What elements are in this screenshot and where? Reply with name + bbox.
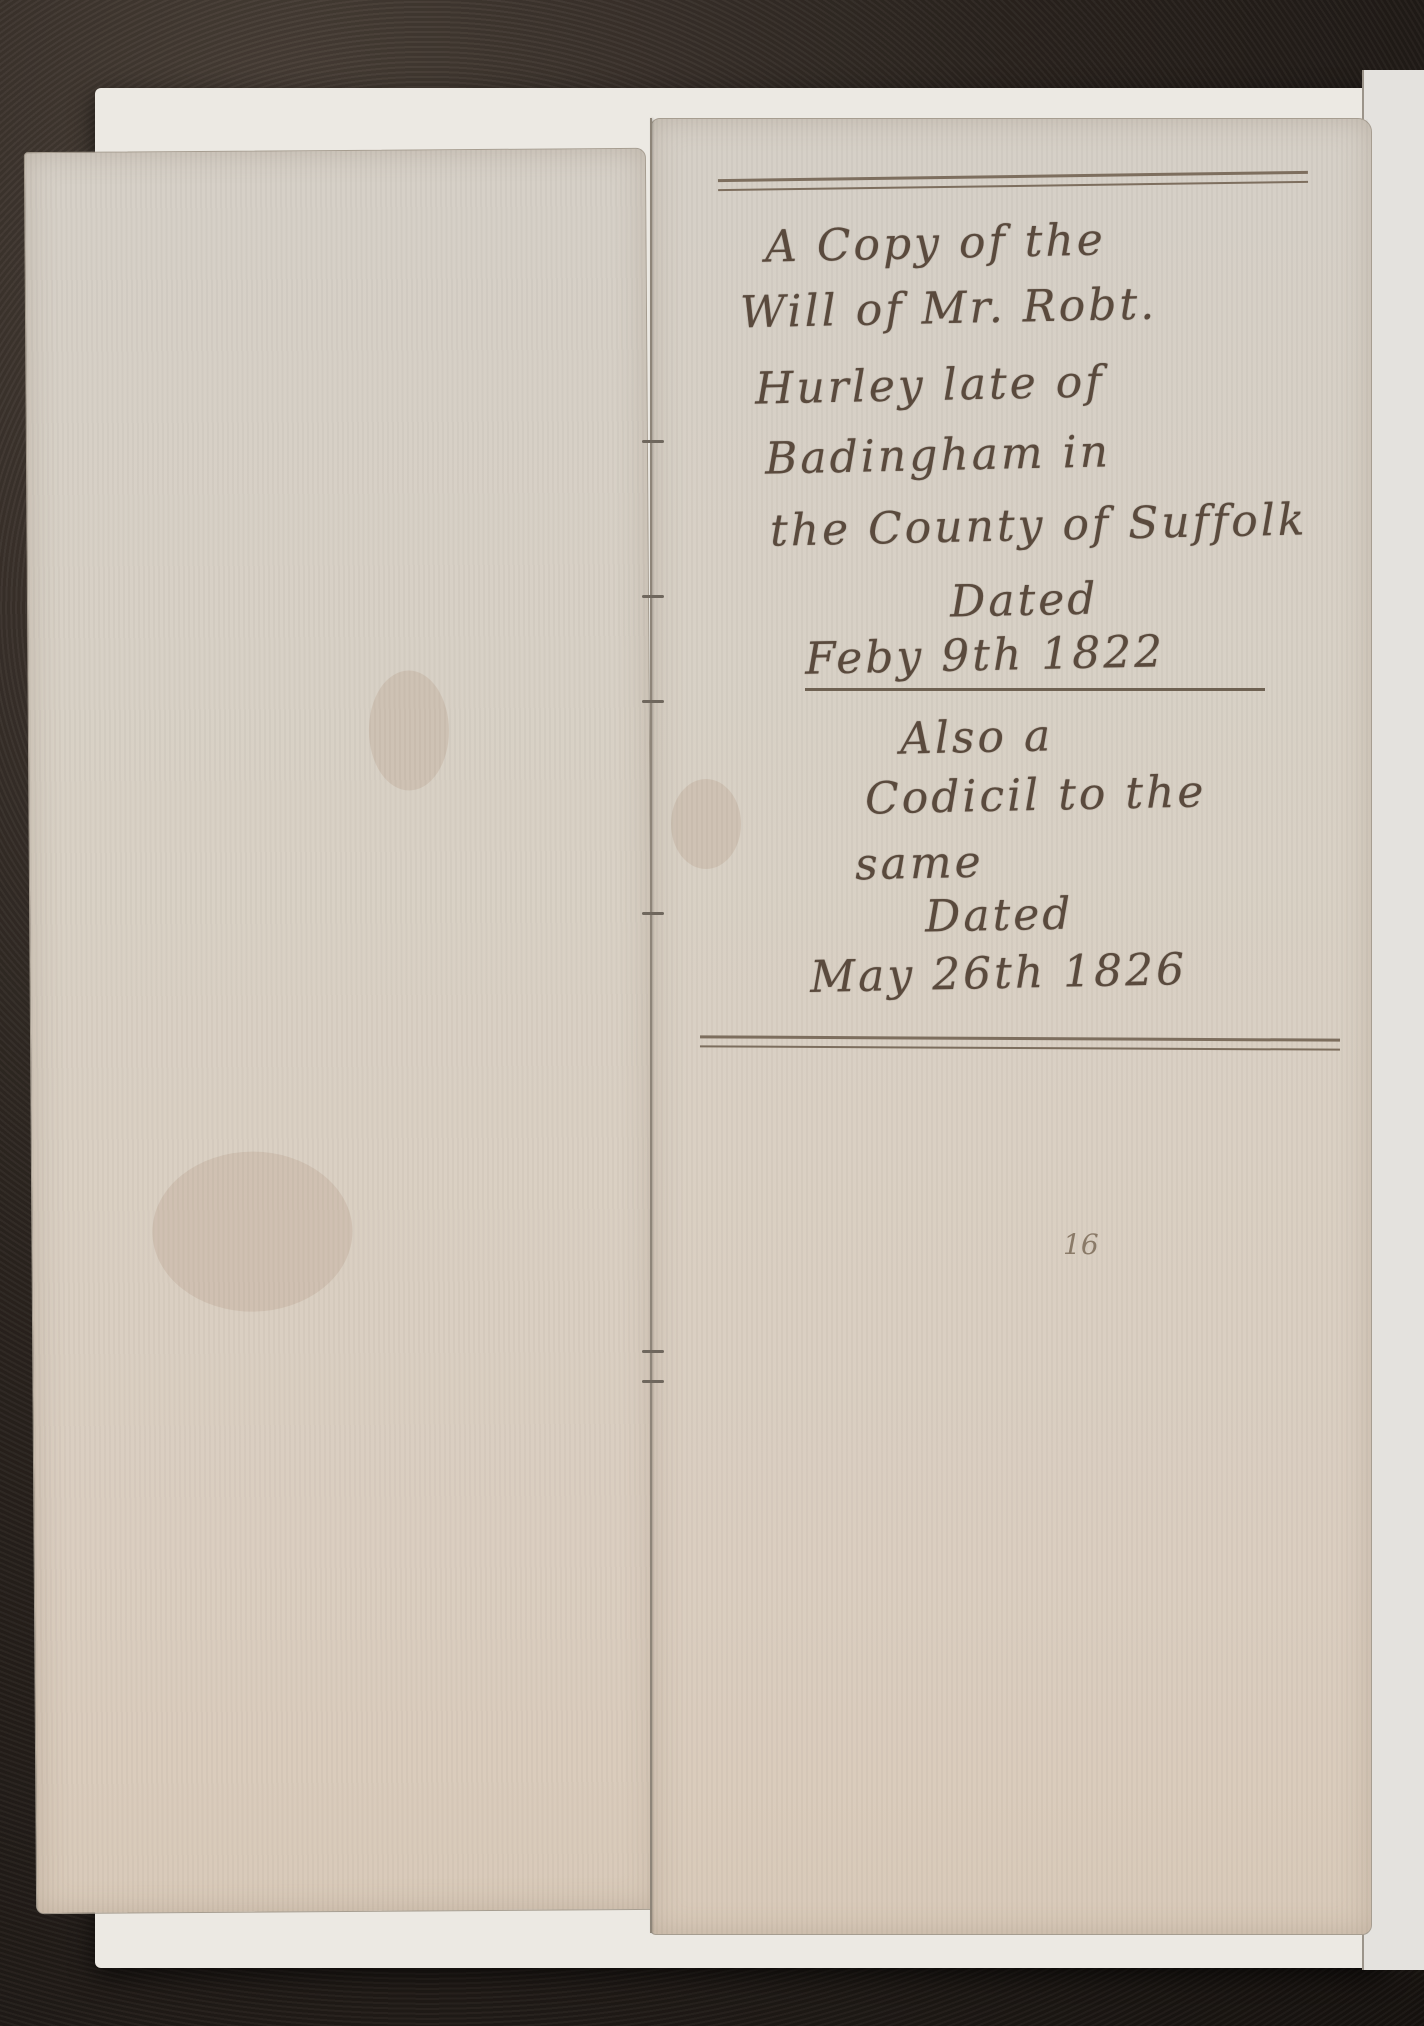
docket-line-4: Badingham in	[765, 426, 1112, 484]
faint-numeral-mark: 16	[1063, 1228, 1099, 1261]
docket-line-6: Dated	[949, 573, 1098, 627]
docket-line-12: May 26th 1826	[810, 944, 1188, 1003]
docket-line-2: Will of Mr. Robt.	[740, 279, 1158, 339]
stain	[671, 779, 741, 869]
stitch-mark	[642, 700, 664, 703]
docket-line-11: Dated	[924, 888, 1073, 942]
left-folded-panel	[24, 148, 658, 1914]
docket-line-7: Feby 9th 1822	[805, 626, 1166, 685]
docket-line-8: Also a	[899, 710, 1053, 764]
stain	[368, 670, 449, 791]
fold-crease	[650, 118, 652, 1933]
stitch-mark	[642, 1380, 664, 1383]
docket-line-1: A Copy of the	[765, 214, 1107, 272]
docket-line-9: Codicil to the	[865, 766, 1207, 824]
docket-line-10: same	[854, 837, 984, 891]
stitch-mark	[642, 595, 664, 598]
stitch-mark	[642, 1350, 664, 1353]
stain	[152, 1151, 353, 1312]
stitch-mark	[642, 440, 664, 443]
single-rule	[805, 688, 1265, 691]
stitch-mark	[642, 912, 664, 915]
docket-line-3: Hurley late of	[755, 356, 1105, 414]
